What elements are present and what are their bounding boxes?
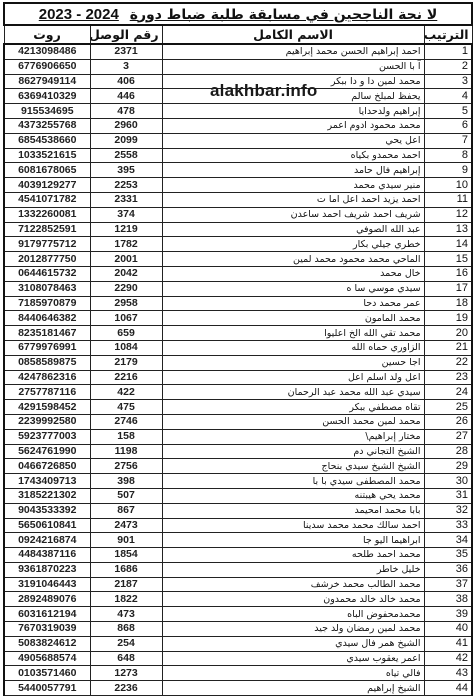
table-row: 22اجا حسين21790858589875 [4, 355, 472, 370]
cell-name: محمد يحي هيبتنه [162, 488, 424, 503]
document-title: لا نحة الناجحين في مسابقة طلبة ضباط دورة… [4, 3, 472, 25]
cell-rout: 1033521615 [4, 148, 90, 163]
cell-name: عمر محمد دحا [162, 296, 424, 311]
cell-name: مختار إبراهيم\ [162, 429, 424, 444]
cell-receipt: 446 [90, 89, 162, 104]
cell-rank: 18 [424, 296, 472, 311]
header-receipt: رقم الوصل [90, 25, 162, 44]
cell-rout: 1743409713 [4, 474, 90, 489]
cell-rank: 2 [424, 59, 472, 74]
table-row: 32بابا محمد امحيمد8679043533392 [4, 503, 472, 518]
cell-rout: 7670319039 [4, 622, 90, 637]
cell-name: احمد محمدو بكياه [162, 148, 424, 163]
table-row: 3محمد لمين دا و دا ببكر4068627949114 [4, 74, 472, 89]
cell-rank: 22 [424, 355, 472, 370]
cell-name: إبراهيم ولدحدايا [162, 104, 424, 119]
cell-name: محمد المامون [162, 311, 424, 326]
cell-name: محمد احمد طلحه [162, 548, 424, 563]
header-row: الترتيب الاسم الكامل رقم الوصل روت [4, 25, 472, 44]
cell-receipt: 2331 [90, 192, 162, 207]
table-row: 13عبد الله الصوفي12197122852591 [4, 222, 472, 237]
cell-rank: 40 [424, 622, 472, 637]
table-row: 43فالي تياه12730103571460 [4, 666, 472, 681]
cell-receipt: 2179 [90, 355, 162, 370]
cell-name: اعمر يعقوب سيدي [162, 651, 424, 666]
cell-name: محمد خالد خالد محمدون [162, 592, 424, 607]
table-row: 41الشيخ همر فال سيدي2545083824612 [4, 636, 472, 651]
cell-rout: 4247862316 [4, 370, 90, 385]
cell-rank: 44 [424, 681, 472, 687]
cell-name: احمد يزيد احمد اعل اما ت [162, 192, 424, 207]
cell-receipt: 1084 [90, 340, 162, 355]
cell-receipt: 1273 [90, 666, 162, 681]
table-row: 35محمد احمد طلحه18544484387116 [4, 548, 472, 563]
cell-name: محمد لمين محمد الحسن [162, 414, 424, 429]
cell-rout: 9179775712 [4, 237, 90, 252]
cell-name: خليل خاطر [162, 562, 424, 577]
cell-name: منير سيدي محمد [162, 178, 424, 193]
cell-name: محمد الطالب محمد خرشف [162, 577, 424, 592]
cell-receipt: 1219 [90, 222, 162, 237]
cell-rout: 9043533392 [4, 503, 90, 518]
table-row: 24سيدي عبد الله محمد عبد الرحمان42227577… [4, 385, 472, 400]
cell-name: محمد محمود ادوم اعمر [162, 118, 424, 133]
cell-rout: 915534695 [4, 104, 90, 119]
cell-receipt: 1067 [90, 311, 162, 326]
table-row: 17سيدي موسي سا ه22903108078463 [4, 281, 472, 296]
cell-name: ابراهيما اليو جا [162, 533, 424, 548]
cell-receipt: 478 [90, 104, 162, 119]
table-row: 30محمد المصطفى سيدي با با3981743409713 [4, 474, 472, 489]
cell-rank: 35 [424, 548, 472, 563]
cell-name: آ با الحسن [162, 59, 424, 74]
cell-rout: 5624761990 [4, 444, 90, 459]
cell-rank: 3 [424, 74, 472, 89]
cell-rank: 11 [424, 192, 472, 207]
cell-receipt: 507 [90, 488, 162, 503]
cell-rout: 6081678065 [4, 163, 90, 178]
cell-receipt: 2042 [90, 266, 162, 281]
cell-rout: 3108078463 [4, 281, 90, 296]
cell-rank: 29 [424, 459, 472, 474]
table-row: 26محمد لمين محمد الحسن27462239992580 [4, 414, 472, 429]
cell-rank: 36 [424, 562, 472, 577]
cell-receipt: 2216 [90, 370, 162, 385]
cell-receipt: 2001 [90, 252, 162, 267]
cell-rank: 34 [424, 533, 472, 548]
cell-rout: 3191046443 [4, 577, 90, 592]
cell-name: اجا حسين [162, 355, 424, 370]
cell-receipt: 2371 [90, 44, 162, 59]
table-row: 37محمد الطالب محمد خرشف21873191046443 [4, 577, 472, 592]
table-row: 28الشيخ التجاني دم11985624761990 [4, 444, 472, 459]
cell-receipt: 2958 [90, 296, 162, 311]
cell-name: خطري جيلي بكار [162, 237, 424, 252]
cell-rout: 0924216874 [4, 533, 90, 548]
table-row: 8احمد محمدو بكياه25581033521615 [4, 148, 472, 163]
table-row: 40محمد لمين رمضان ولد جيد8687670319039 [4, 622, 472, 637]
cell-name: محمد تقي الله الخ اعليوا [162, 326, 424, 341]
cell-rank: 8 [424, 148, 472, 163]
cell-rank: 16 [424, 266, 472, 281]
cell-rank: 12 [424, 207, 472, 222]
cell-name: محمدمحفوض الباه [162, 607, 424, 622]
cell-receipt: 395 [90, 163, 162, 178]
table-row: 38محمد خالد خالد محمدون18222892489076 [4, 592, 472, 607]
table-row: 5إبراهيم ولدحدايا478915534695 [4, 104, 472, 119]
cell-rank: 15 [424, 252, 472, 267]
table-row: 42اعمر يعقوب سيدي6484905688574 [4, 651, 472, 666]
header-rank: الترتيب [424, 25, 472, 44]
cell-rout: 0858589875 [4, 355, 90, 370]
cell-name: سيدي موسي سا ه [162, 281, 424, 296]
cell-rank: 19 [424, 311, 472, 326]
cell-rank: 32 [424, 503, 472, 518]
cell-rank: 42 [424, 651, 472, 666]
cell-receipt: 398 [90, 474, 162, 489]
cell-rout: 0644615732 [4, 266, 90, 281]
table-row: 25تقاه مصطفي ببكر4754291598452 [4, 400, 472, 415]
table-row: 29الشيخ الشيخ سيدي بنحاج27560466726850 [4, 459, 472, 474]
cell-receipt: 158 [90, 429, 162, 444]
cell-name: بابا محمد امحيمد [162, 503, 424, 518]
cell-name: احمد سالك محمد محمد سدينا [162, 518, 424, 533]
cell-name: احمد إبراهيم الحسن محمد إبراهيم [162, 44, 424, 59]
cell-receipt: 475 [90, 400, 162, 415]
cell-rank: 5 [424, 104, 472, 119]
cell-receipt: 1822 [90, 592, 162, 607]
cell-name: سيدي عبد الله محمد عبد الرحمان [162, 385, 424, 400]
cell-rank: 21 [424, 340, 472, 355]
cell-receipt: 2099 [90, 133, 162, 148]
cell-rank: 24 [424, 385, 472, 400]
cell-name: تقاه مصطفي ببكر [162, 400, 424, 415]
cell-name: محمد لمين رمضان ولد جيد [162, 622, 424, 637]
table-row: 15الماحي محمد محمود محمد لمين20012012877… [4, 252, 472, 267]
cell-receipt: 1782 [90, 237, 162, 252]
cell-rout: 6031612194 [4, 607, 90, 622]
cell-rank: 17 [424, 281, 472, 296]
cell-rout: 4039129277 [4, 178, 90, 193]
cell-rout: 5440057791 [4, 681, 90, 687]
cell-rout: 3185221302 [4, 488, 90, 503]
title-text: لا نحة الناجحين في مسابقة طلبة ضباط دورة [130, 7, 438, 23]
cell-rout: 6369410329 [4, 89, 90, 104]
cell-rank: 23 [424, 370, 472, 385]
cell-receipt: 1686 [90, 562, 162, 577]
cell-rout: 8440646382 [4, 311, 90, 326]
cell-rout: 0103571460 [4, 666, 90, 681]
cell-name: الشيخ التجاني دم [162, 444, 424, 459]
cell-receipt: 2187 [90, 577, 162, 592]
cell-name: عبد الله الصوفي [162, 222, 424, 237]
cell-rout: 4541071782 [4, 192, 90, 207]
cell-rout: 8627949114 [4, 74, 90, 89]
table-row: 12شريف احمد شريف احمد ساعدن3741332260081 [4, 207, 472, 222]
table-row: 6محمد محمود ادوم اعمر29604373255768 [4, 118, 472, 133]
cell-name: الشيخ همر فال سيدي [162, 636, 424, 651]
title-years: 2023 - 2024 [39, 6, 119, 23]
cell-rank: 37 [424, 577, 472, 592]
cell-rout: 4905688574 [4, 651, 90, 666]
cell-name: الزاوري حماه الله [162, 340, 424, 355]
cell-rout: 2239992580 [4, 414, 90, 429]
table-row: 7اعل يحي20996854538660 [4, 133, 472, 148]
cell-rank: 1 [424, 44, 472, 59]
cell-name: إبراهيم فال حامد [162, 163, 424, 178]
cell-rout: 9361870223 [4, 562, 90, 577]
cell-rank: 26 [424, 414, 472, 429]
results-table: لا نحة الناجحين في مسابقة طلبة ضباط دورة… [3, 2, 473, 687]
cell-receipt: 2253 [90, 178, 162, 193]
cell-rank: 31 [424, 488, 472, 503]
cell-name: خال محمد [162, 266, 424, 281]
cell-receipt: 2290 [90, 281, 162, 296]
cell-rout: 5083824612 [4, 636, 90, 651]
cell-rout: 4291598452 [4, 400, 90, 415]
table-row: 21الزاوري حماه الله10846779976991 [4, 340, 472, 355]
cell-rank: 30 [424, 474, 472, 489]
cell-receipt: 659 [90, 326, 162, 341]
table-row: 1احمد إبراهيم الحسن محمد إبراهيم23714213… [4, 44, 472, 59]
cell-name: شريف احمد شريف احمد ساعدن [162, 207, 424, 222]
table-row: 19محمد المامون10678440646382 [4, 311, 472, 326]
cell-rank: 6 [424, 118, 472, 133]
cell-name: محمد المصطفى سيدي با با [162, 474, 424, 489]
cell-rank: 28 [424, 444, 472, 459]
cell-receipt: 3 [90, 59, 162, 74]
table-row: 23اعل ولد اسلم اعل22164247862316 [4, 370, 472, 385]
cell-receipt: 868 [90, 622, 162, 637]
cell-name: اعل يحي [162, 133, 424, 148]
cell-receipt: 473 [90, 607, 162, 622]
table-row: 16خال محمد20420644615732 [4, 266, 472, 281]
cell-rout: 2892489076 [4, 592, 90, 607]
cell-receipt: 2960 [90, 118, 162, 133]
cell-rank: 38 [424, 592, 472, 607]
title-row: لا نحة الناجحين في مسابقة طلبة ضباط دورة… [4, 3, 472, 25]
cell-rank: 25 [424, 400, 472, 415]
cell-rank: 27 [424, 429, 472, 444]
table-row: 9إبراهيم فال حامد3956081678065 [4, 163, 472, 178]
cell-rout: 4213098486 [4, 44, 90, 59]
table-row: 39محمدمحفوض الباه4736031612194 [4, 607, 472, 622]
table-row: 27مختار إبراهيم\1585923777003 [4, 429, 472, 444]
cell-rout: 4484387116 [4, 548, 90, 563]
cell-rout: 7122852591 [4, 222, 90, 237]
header-rout: روت [4, 25, 90, 44]
table-row: 20محمد تقي الله الخ اعليوا6598235181467 [4, 326, 472, 341]
results-sheet: لا نحة الناجحين في مسابقة طلبة ضباط دورة… [3, 2, 471, 687]
cell-rout: 6854538660 [4, 133, 90, 148]
table-row: 31محمد يحي هيبتنه5073185221302 [4, 488, 472, 503]
table-row: 33احمد سالك محمد محمد سدينا2473565061084… [4, 518, 472, 533]
cell-name: الشيخ إبراهيم [162, 681, 424, 687]
cell-rank: 14 [424, 237, 472, 252]
cell-rout: 2757787116 [4, 385, 90, 400]
cell-receipt: 1854 [90, 548, 162, 563]
table-row: 10منير سيدي محمد22534039129277 [4, 178, 472, 193]
cell-rank: 10 [424, 178, 472, 193]
cell-receipt: 648 [90, 651, 162, 666]
cell-receipt: 2746 [90, 414, 162, 429]
table-row: 4يحفظ لمبلخ سالم4466369410329 [4, 89, 472, 104]
cell-rout: 6779976991 [4, 340, 90, 355]
cell-rout: 2012877750 [4, 252, 90, 267]
cell-receipt: 254 [90, 636, 162, 651]
cell-rank: 33 [424, 518, 472, 533]
cell-receipt: 867 [90, 503, 162, 518]
cell-rank: 4 [424, 89, 472, 104]
cell-receipt: 406 [90, 74, 162, 89]
cell-name: الشيخ الشيخ سيدي بنحاج [162, 459, 424, 474]
cell-name: فالي تياه [162, 666, 424, 681]
cell-rank: 39 [424, 607, 472, 622]
cell-name: يحفظ لمبلخ سالم [162, 89, 424, 104]
cell-rout: 8235181467 [4, 326, 90, 341]
table-body: 1احمد إبراهيم الحسن محمد إبراهيم23714213… [4, 44, 472, 687]
table-row: 18عمر محمد دحا29587185970879 [4, 296, 472, 311]
cell-receipt: 2756 [90, 459, 162, 474]
cell-receipt: 1198 [90, 444, 162, 459]
cell-rout: 4373255768 [4, 118, 90, 133]
cell-rout: 1332260081 [4, 207, 90, 222]
cell-receipt: 2236 [90, 681, 162, 687]
cell-receipt: 374 [90, 207, 162, 222]
table-row: 36خليل خاطر16869361870223 [4, 562, 472, 577]
table-row: 34ابراهيما اليو جا9010924216874 [4, 533, 472, 548]
cell-rank: 43 [424, 666, 472, 681]
cell-rout: 0466726850 [4, 459, 90, 474]
table-row: 44الشيخ إبراهيم22365440057791 [4, 681, 472, 687]
cell-receipt: 2473 [90, 518, 162, 533]
cell-receipt: 422 [90, 385, 162, 400]
cell-name: الماحي محمد محمود محمد لمين [162, 252, 424, 267]
cell-rout: 5923777003 [4, 429, 90, 444]
table-row: 11احمد يزيد احمد اعل اما ت23314541071782 [4, 192, 472, 207]
table-row: 14خطري جيلي بكار17829179775712 [4, 237, 472, 252]
cell-rank: 13 [424, 222, 472, 237]
cell-rank: 7 [424, 133, 472, 148]
cell-rank: 9 [424, 163, 472, 178]
cell-rout: 7185970879 [4, 296, 90, 311]
cell-rout: 6776906650 [4, 59, 90, 74]
cell-rank: 20 [424, 326, 472, 341]
cell-receipt: 901 [90, 533, 162, 548]
table-row: 2آ با الحسن36776906650 [4, 59, 472, 74]
cell-rout: 5650610841 [4, 518, 90, 533]
cell-name: محمد لمين دا و دا ببكر [162, 74, 424, 89]
cell-receipt: 2558 [90, 148, 162, 163]
cell-name: اعل ولد اسلم اعل [162, 370, 424, 385]
cell-rank: 41 [424, 636, 472, 651]
header-name: الاسم الكامل [162, 25, 424, 44]
